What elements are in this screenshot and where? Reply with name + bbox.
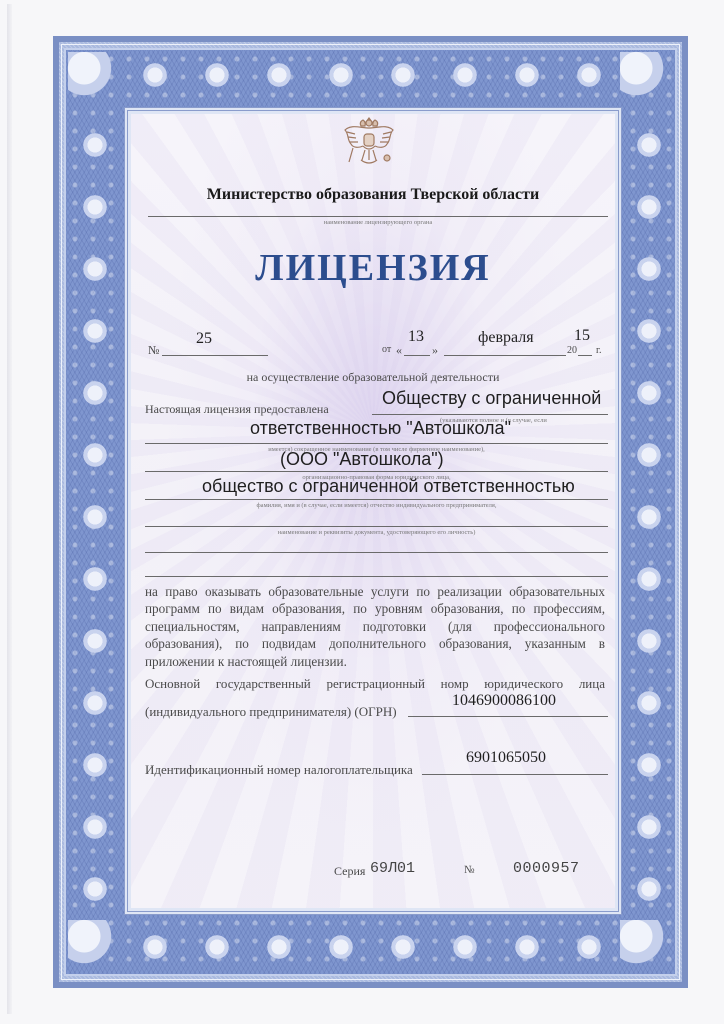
corner-ornament-top-left	[68, 52, 122, 106]
scroll-ornament	[326, 60, 356, 90]
line4-underline	[145, 499, 608, 500]
open-quote: «	[396, 343, 402, 358]
scroll-ornament	[326, 932, 356, 962]
scroll-ornament	[634, 440, 664, 470]
scroll-ornament	[634, 688, 664, 718]
year-underline	[578, 355, 592, 356]
series-value: 69Л01	[370, 860, 415, 877]
inn-value: 6901065050	[466, 749, 546, 767]
line1-underline	[372, 414, 608, 415]
ogrn-value: 1046900086100	[452, 692, 556, 710]
scroll-ornament	[80, 750, 110, 780]
scroll-ornament	[634, 192, 664, 222]
corner-ornament-bottom-right	[620, 920, 674, 974]
license-number: 25	[196, 330, 212, 348]
scroll-ornament	[634, 564, 664, 594]
scroll-ornament	[140, 60, 170, 90]
ogrn-label-line2: (индивидуального предпринимателя) (ОГРН)	[145, 704, 397, 720]
licensee-name-line2: ответственностью "Автошкола"	[250, 418, 511, 439]
scroll-ornament	[388, 60, 418, 90]
caption-id-document: наименование и реквизиты документа, удос…	[145, 529, 608, 536]
license-rights-text: на право оказывать образовательные услуг…	[145, 583, 605, 670]
scroll-ornament	[80, 688, 110, 718]
scroll-ornament	[450, 60, 480, 90]
scroll-ornament	[140, 932, 170, 962]
scroll-ornament	[264, 60, 294, 90]
inn-label: Идентификационный номер налогоплательщик…	[145, 762, 413, 778]
line7-underline	[145, 576, 608, 577]
ogrn-label-line1: Основной государственный регистрационный…	[145, 676, 605, 692]
inn-underline	[422, 774, 608, 775]
number-label: №	[148, 343, 159, 358]
scroll-ornament	[512, 60, 542, 90]
date-day: 13	[408, 328, 424, 346]
granted-to-label: Настоящая лицензия предоставлена	[145, 402, 329, 417]
scroll-ornament	[634, 378, 664, 408]
scroll-ornament	[80, 316, 110, 346]
scroll-ornament	[574, 932, 604, 962]
line5-underline	[145, 526, 608, 527]
scroll-ornament	[264, 932, 294, 962]
line6-underline	[145, 552, 608, 553]
scroll-ornament	[80, 192, 110, 222]
date-from-label: от	[382, 344, 391, 355]
ogrn-underline	[408, 716, 608, 717]
corner-ornament-top-right	[620, 52, 674, 106]
scroll-ornament	[202, 932, 232, 962]
scroll-ornament	[574, 60, 604, 90]
corner-ornament-bottom-left	[68, 920, 122, 974]
caption-entrepreneur-name: фамилия, имя и (в случае, если имеется) …	[145, 502, 608, 509]
blank-number-label: №	[464, 864, 475, 876]
scroll-ornament	[634, 502, 664, 532]
scroll-ornament	[512, 932, 542, 962]
scroll-ornament	[634, 874, 664, 904]
scroll-ornament	[80, 626, 110, 656]
number-underline	[162, 355, 268, 356]
scan-edge	[7, 4, 12, 1014]
date-year: 15	[574, 327, 590, 345]
licensee-legal-form: общество с ограниченной ответственностью	[202, 476, 575, 497]
scroll-ornament	[80, 564, 110, 594]
licensee-short-name: (ООО "Автошкола")	[280, 449, 444, 470]
scroll-ornament	[80, 378, 110, 408]
scroll-ornament	[634, 626, 664, 656]
document-panel	[131, 114, 615, 908]
scroll-ornament	[634, 130, 664, 160]
scroll-ornament	[388, 932, 418, 962]
series-label: Серия	[334, 864, 365, 879]
line3-underline	[145, 471, 608, 472]
scroll-ornament	[80, 874, 110, 904]
scroll-ornament	[80, 812, 110, 842]
close-quote: »	[432, 343, 438, 358]
scroll-ornament	[634, 812, 664, 842]
date-century: 20	[567, 345, 577, 356]
year-suffix: г.	[596, 345, 601, 356]
authority-caption: наименование лицензирующего органа	[148, 219, 608, 226]
scroll-ornament	[80, 254, 110, 284]
month-underline	[444, 355, 566, 356]
licensee-name-line1: Обществу с ограниченной	[382, 388, 601, 409]
authority-underline	[148, 216, 608, 217]
scroll-ornament	[80, 440, 110, 470]
scroll-ornament	[80, 502, 110, 532]
line2-underline	[145, 443, 608, 444]
date-month: февраля	[478, 329, 534, 347]
scroll-ornament	[80, 130, 110, 160]
blank-number: 0000957	[513, 860, 580, 877]
scroll-ornament	[202, 60, 232, 90]
scroll-ornament	[634, 254, 664, 284]
document-title: ЛИЦЕНЗИЯ	[131, 246, 615, 290]
scroll-ornament	[450, 932, 480, 962]
scroll-ornament	[634, 750, 664, 780]
license-purpose: на осуществление образовательной деятель…	[131, 370, 615, 385]
coat-of-arms-icon	[339, 114, 399, 172]
licensing-authority: Министерство образования Тверской област…	[131, 186, 615, 204]
scroll-ornament	[634, 316, 664, 346]
day-underline	[404, 355, 430, 356]
